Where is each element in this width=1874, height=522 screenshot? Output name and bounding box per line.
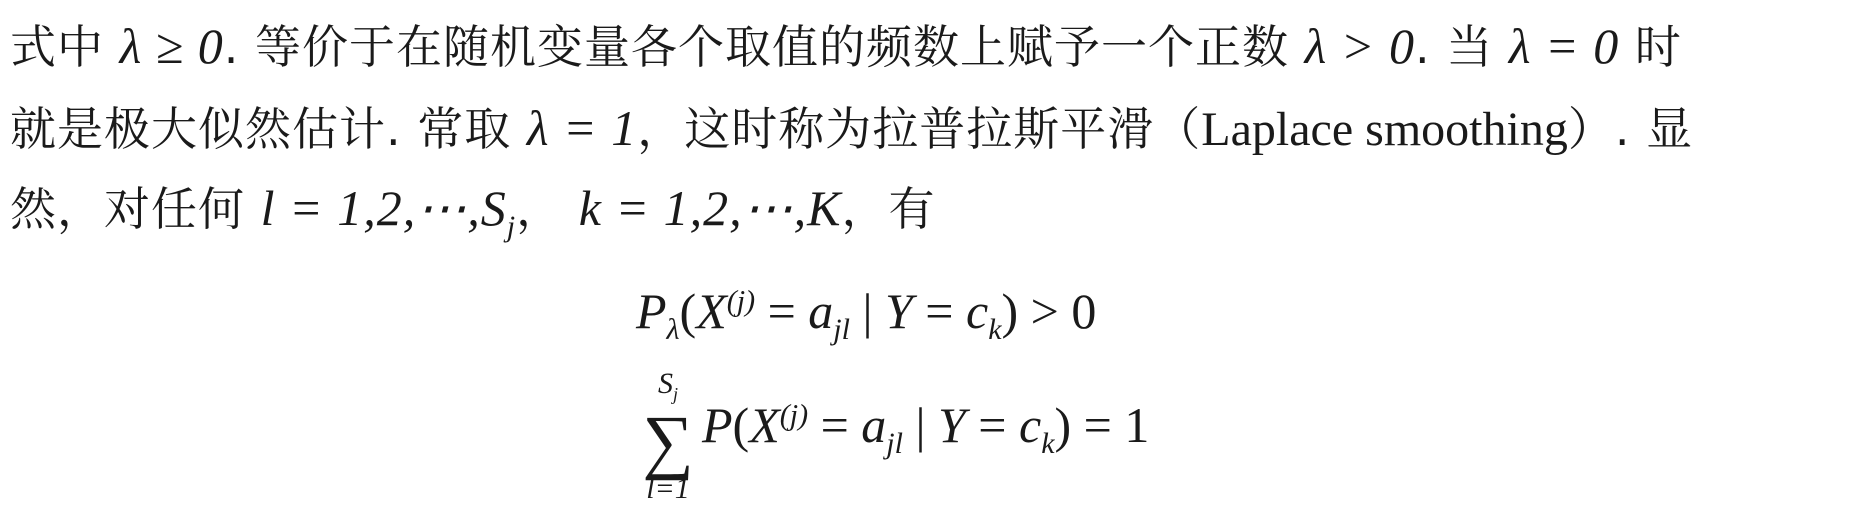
equals-sign: = <box>755 283 808 339</box>
superscript-j: (j) <box>780 398 808 431</box>
math-inline: l = 1,2,⋯,Sj <box>261 180 516 236</box>
symbol-X: X <box>749 397 780 453</box>
text: ， <box>516 182 563 236</box>
text: 式中 <box>10 20 104 74</box>
subscript-k: k <box>988 313 1001 346</box>
text: ）. 显 <box>1568 102 1693 156</box>
equals-sign: = <box>913 283 966 339</box>
relation: > 0 <box>1018 283 1096 339</box>
english-term: Laplace smoothing <box>1201 103 1568 156</box>
math-inline: k = 1,2,⋯,K <box>579 180 842 236</box>
equals-sign: = <box>808 397 861 453</box>
text-line-2: 就是极大似然估计. 常取 λ = 1，这时称为拉普拉斯平滑（Laplace sm… <box>10 100 1822 158</box>
subscript-lambda: λ <box>667 313 680 346</box>
symbol-S: S <box>658 367 673 400</box>
math-inline: λ = 1 <box>527 100 637 156</box>
text: . 等价于在随机变量各个取值的频数上赋予一个正数 <box>224 20 1289 74</box>
text-line-3: 然，对任何 l = 1,2,⋯,Sj， k = 1,2,⋯,K，有 <box>10 180 1822 255</box>
paren-close: ) <box>1002 283 1019 339</box>
summation: Sj ∑ l=1 <box>636 368 700 506</box>
paren-close: ) <box>1055 397 1072 453</box>
paren-open: ( <box>733 397 750 453</box>
conditional-bar: | <box>850 283 885 339</box>
math-range-l: l = 1,2,⋯,S <box>261 180 507 236</box>
text: ，这时称为拉普拉斯平滑（ <box>637 102 1201 156</box>
symbol-c: c <box>1019 397 1041 453</box>
subscript-jl: jl <box>833 313 850 346</box>
text: 时 <box>1635 20 1682 74</box>
symbol-c: c <box>966 283 988 339</box>
superscript-j: (j) <box>727 284 755 317</box>
paren-open: ( <box>680 283 697 339</box>
text: 然，对任何 <box>10 182 245 236</box>
math-inline: λ ≥ 0 <box>120 18 224 74</box>
subscript-jl: jl <box>886 427 903 460</box>
symbol-X: X <box>696 283 727 339</box>
symbol-Y: Y <box>885 283 913 339</box>
conditional-bar: | <box>903 397 938 453</box>
subscript-k: k <box>1041 427 1054 460</box>
equals-sign: = <box>966 397 1019 453</box>
relation: = 1 <box>1071 397 1149 453</box>
math-inline: λ > 0 <box>1305 18 1415 74</box>
text: . 当 <box>1415 20 1493 74</box>
subscript: j <box>507 210 516 243</box>
symbol-a: a <box>861 397 886 453</box>
math-inline: λ = 0 <box>1509 18 1619 74</box>
text-line-1: 式中 λ ≥ 0. 等价于在随机变量各个取值的频数上赋予一个正数 λ > 0. … <box>10 18 1822 75</box>
symbol-a: a <box>808 283 833 339</box>
symbol-Y: Y <box>938 397 966 453</box>
text: 就是极大似然估计. 常取 <box>10 102 511 156</box>
equation-2: P(X(j) = ajl | Y = ck) = 1 <box>702 396 1149 461</box>
text: ，有 <box>842 182 936 236</box>
symbol-P: P <box>702 397 733 453</box>
symbol-P: P <box>636 283 667 339</box>
equation-1: Pλ(X(j) = ajl | Y = ck) > 0 <box>636 282 1096 347</box>
sigma-icon: ∑ <box>636 410 700 472</box>
